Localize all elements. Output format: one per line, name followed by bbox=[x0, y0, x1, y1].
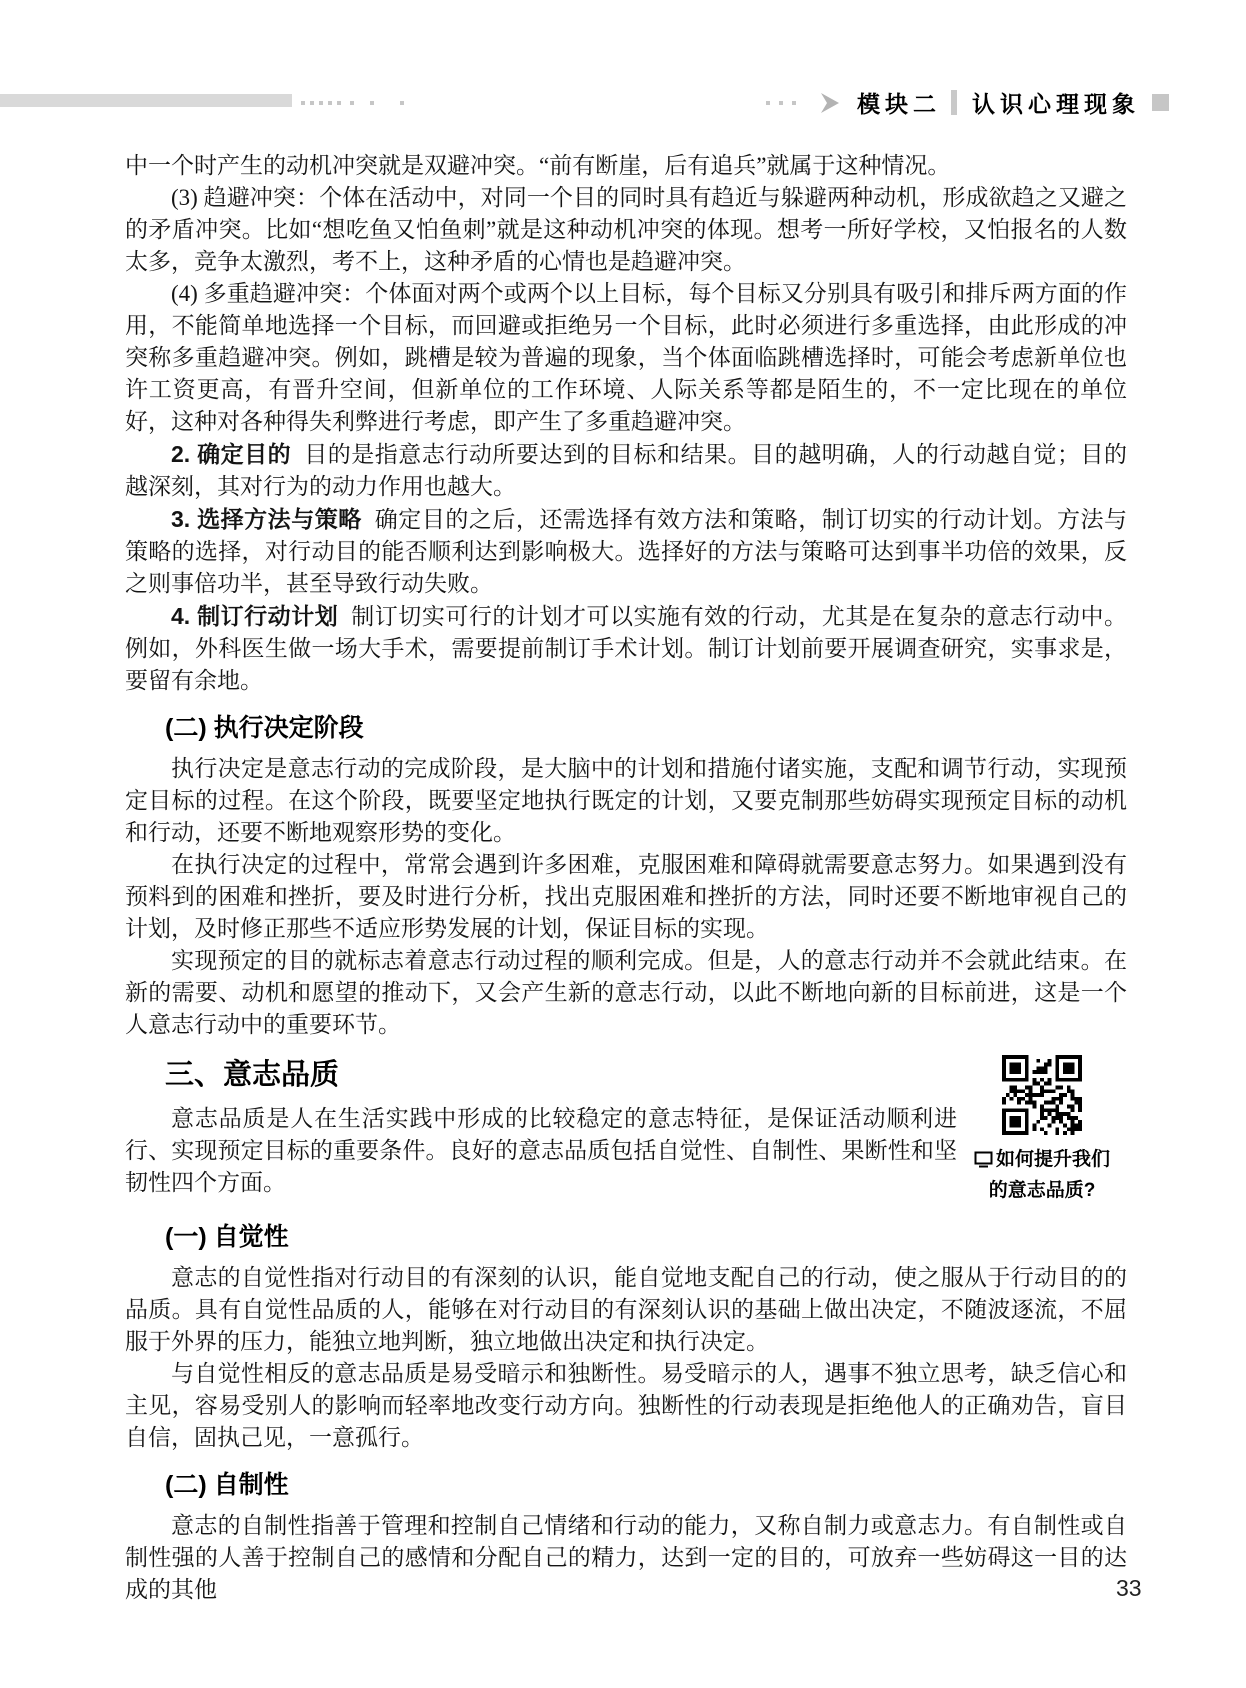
paragraph: (3) 趋避冲突：个体在活动中，对同一个目的同时具有趋近与躲避两种动机，形成欲趋… bbox=[125, 182, 1127, 278]
qr-caption-line2: 的意志品质? bbox=[989, 1175, 1096, 1206]
paragraph: 3. 选择方法与策略确定目的之后，还需选择有效方法和策略，制订切实的行动计划。方… bbox=[125, 503, 1127, 600]
paragraph: 与自觉性相反的意志品质是易受暗示和独断性。易受暗示的人，遇事不独立思考，缺乏信心… bbox=[125, 1358, 1127, 1454]
subsection-heading-zijue: (一) 自觉性 bbox=[125, 1221, 1127, 1253]
header-square bbox=[1152, 94, 1169, 111]
subsection-heading-exec: (二) 执行决定阶段 bbox=[125, 712, 1127, 744]
chapter-label: 认识心理现象 bbox=[972, 86, 1140, 119]
qr-caption-line1: 如何提升我们 bbox=[974, 1144, 1110, 1175]
step-label: 3. 选择方法与策略 bbox=[171, 506, 362, 532]
paragraph: 2. 确定目的目的是指意志行动所要达到的目标和结果。目的越明确，人的行动越自觉；… bbox=[125, 438, 1127, 503]
qr-code bbox=[1002, 1055, 1082, 1135]
paragraph: 实现预定的目的就标志着意志行动过程的顺利完成。但是，人的意志行动并不会就此结束。… bbox=[125, 945, 1127, 1041]
paragraph: 中一个时产生的动机冲突就是双避冲突。“前有断崖，后有追兵”就属于这种情况。 bbox=[125, 150, 1127, 182]
paragraph: 在执行决定的过程中，常常会遇到许多困难，克服困难和障碍就需要意志努力。如果遇到没… bbox=[125, 849, 1127, 945]
quality-section: 三、意志品质 意志品质是人在生活实践中形成的比较稳定的意志特征，是保证活动顺利进… bbox=[125, 1041, 1127, 1206]
chevron-right-icon bbox=[819, 92, 841, 114]
paragraph: 意志品质是人在生活实践中形成的比较稳定的意志特征，是保证活动顺利进行、实现预定目… bbox=[125, 1103, 957, 1199]
section-heading-quality: 三、意志品质 bbox=[125, 1057, 957, 1093]
header-dots bbox=[301, 101, 409, 105]
paragraph: 意志的自制性指善于管理和控制自己情绪和行动的能力，又称自制力或意志力。有自制性或… bbox=[125, 1510, 1127, 1606]
paragraph: 执行决定是意志行动的完成阶段，是大脑中的计划和措施付诸实施，支配和调节行动，实现… bbox=[125, 753, 1127, 849]
header-divider bbox=[951, 90, 957, 115]
module-label: 模块二 bbox=[857, 86, 941, 119]
qr-column: 如何提升我们 的意志品质? bbox=[957, 1041, 1127, 1206]
subsection-heading-zizhi: (二) 自制性 bbox=[125, 1469, 1127, 1501]
page-number: 33 bbox=[1116, 1575, 1142, 1602]
screen-icon bbox=[974, 1150, 993, 1169]
header-mini-dots bbox=[766, 101, 805, 105]
step-label: 4. 制订行动计划 bbox=[171, 603, 338, 629]
header-left-bar bbox=[0, 94, 292, 107]
page-body: 中一个时产生的动机冲突就是双避冲突。“前有断崖，后有追兵”就属于这种情况。 (3… bbox=[125, 150, 1127, 1606]
paragraph: 4. 制订行动计划制订切实可行的计划才可以实施有效的行动，尤其是在复杂的意志行动… bbox=[125, 600, 1127, 697]
paragraph: (4) 多重趋避冲突：个体面对两个或两个以上目标，每个目标又分别具有吸引和排斥两… bbox=[125, 278, 1127, 438]
running-head: 模块二 认识心理现象 bbox=[766, 86, 1169, 119]
textbook-page: 模块二 认识心理现象 中一个时产生的动机冲突就是双避冲突。“前有断崖，后有追兵”… bbox=[0, 0, 1246, 1688]
paragraph: 意志的自觉性指对行动目的有深刻的认识，能自觉地支配自己的行动，使之服从于行动目的… bbox=[125, 1262, 1127, 1358]
step-label: 2. 确定目的 bbox=[171, 441, 291, 467]
quality-text-column: 三、意志品质 意志品质是人在生活实践中形成的比较稳定的意志特征，是保证活动顺利进… bbox=[125, 1041, 957, 1199]
